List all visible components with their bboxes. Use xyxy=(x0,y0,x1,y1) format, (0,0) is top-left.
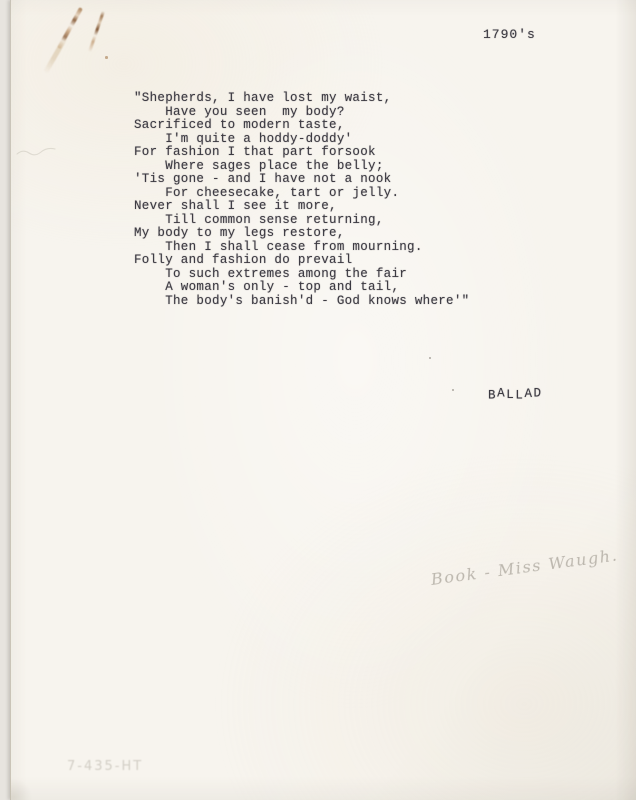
poem-line-13: Folly and fashion do prevail xyxy=(134,254,469,268)
handwritten-note: Book - Miss Waugh. xyxy=(430,544,631,589)
poem-line-5: For fashion I that part forsook xyxy=(134,146,469,160)
rust-stain-smudge xyxy=(43,36,68,75)
poem-line-10: Till common sense returning, xyxy=(134,214,469,228)
poem-line-9: Never shall I see it more, xyxy=(134,200,469,214)
poem-line-6: Where sages place the belly; xyxy=(134,160,469,174)
poem-line-1: "Shepherds, I have lost my waist, xyxy=(134,92,469,106)
category-label: BALLAD xyxy=(488,388,543,402)
scanned-page: 1790's "Shepherds, I have lost my waist,… xyxy=(10,0,636,800)
poem-line-16: The body's banish'd - God knows where'" xyxy=(134,295,469,309)
poem-line-8: For cheesecake, tart or jelly. xyxy=(134,187,469,201)
rust-speck xyxy=(105,56,108,59)
poem-line-2: Have you seen my body? xyxy=(134,106,469,120)
poem-line-11: My body to my legs restore, xyxy=(134,227,469,241)
poem-line-7: 'Tis gone - and I have not a nook xyxy=(134,173,469,187)
rust-stain-streak xyxy=(88,11,105,53)
poem-line-3: Sacrificed to modern taste, xyxy=(134,119,469,133)
poem: "Shepherds, I have lost my waist, Have y… xyxy=(134,92,469,308)
poem-line-4: I'm quite a hoddy-doddy' xyxy=(134,133,469,147)
pencil-smudge xyxy=(15,141,61,161)
date-label: 1790's xyxy=(483,27,536,42)
archival-code: 7-435-HT xyxy=(67,759,143,774)
poem-line-12: Then I shall cease from mourning. xyxy=(134,241,469,255)
ink-speck xyxy=(452,389,454,391)
poem-line-14: To such extremes among the fair xyxy=(134,268,469,282)
poem-line-15: A woman's only - top and tail, xyxy=(134,281,469,295)
ink-speck xyxy=(429,357,431,359)
